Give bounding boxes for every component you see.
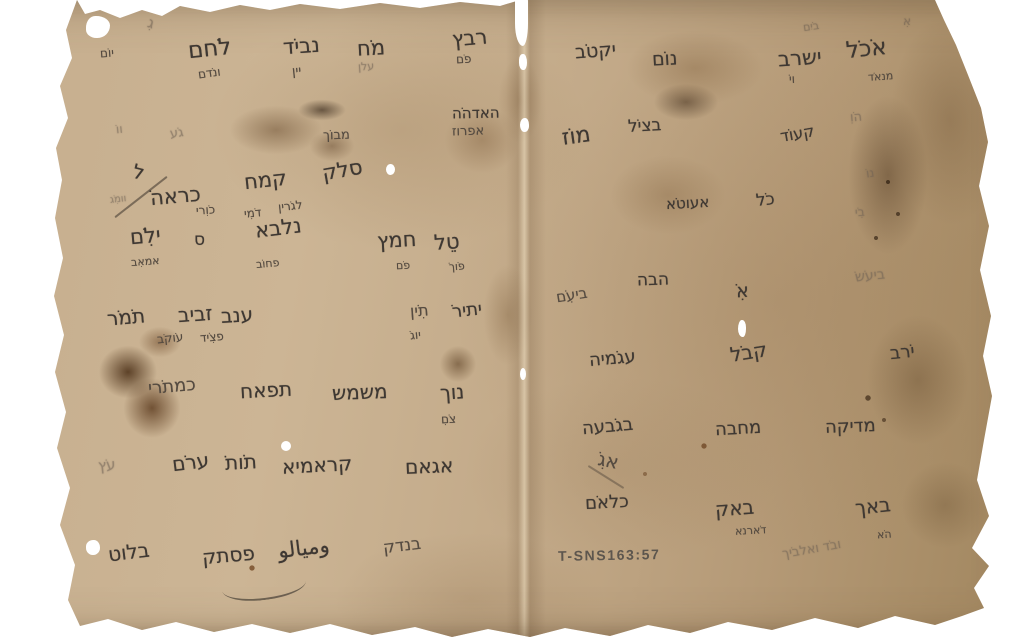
parchment-hole: [738, 320, 746, 337]
manuscript-word: ובֹד ואלבֹיך: [781, 537, 842, 562]
parchment-hole: [520, 118, 529, 132]
manuscript-word: נוֹ: [865, 166, 875, 181]
manuscript-word: לגֹרין: [277, 198, 303, 214]
manuscript-word: תֹותֹ: [224, 449, 257, 475]
parchment-hole: [86, 540, 100, 555]
manuscript-word: עֹוקֹב: [156, 330, 184, 347]
pen-flourish: [221, 567, 308, 605]
manuscript-word: הבה: [637, 269, 670, 290]
manuscript-word: כֹל: [755, 189, 776, 211]
shelfmark-stamp: T-SNS163:57: [558, 546, 661, 564]
manuscript-word: הֹא: [877, 528, 892, 542]
manuscript-word: פֹם: [396, 259, 411, 272]
manuscript-word: דֹארנא: [735, 523, 767, 538]
manuscript-text-layer: וֹציוֹםגִלֹחםונֹדםנביֹדייןמֹחעלןרבץפֹםיק…: [0, 0, 1024, 640]
manuscript-word: מֹח: [356, 35, 385, 60]
manuscript-word: נוֹם: [651, 47, 678, 70]
manuscript-word: לֹחם: [187, 34, 233, 64]
manuscript-word: תפאח: [239, 377, 292, 404]
manuscript-word: כמתֹרי: [147, 374, 196, 399]
manuscript-word: ביעֹשֹ: [854, 266, 885, 285]
manuscript-word: דֹמִי: [243, 205, 262, 220]
manuscript-word: מחבה: [714, 417, 761, 440]
manuscript-word: האדהֹה: [452, 104, 500, 123]
manuscript-word: בציֹל: [627, 115, 661, 137]
manuscript-word: אגִֹ: [596, 448, 621, 474]
manuscript-word: באק: [714, 495, 755, 522]
manuscript-word: כֹוִרי: [196, 202, 216, 217]
manuscript-word: יֹרב: [889, 341, 916, 364]
manuscript-word: קבֹל: [728, 337, 768, 367]
manuscript-word: גִ: [145, 13, 156, 32]
parchment-hole: [520, 368, 526, 380]
manuscript-word: יין: [291, 64, 302, 80]
manuscript-word: עֹץ: [97, 455, 116, 474]
parchment-hole: [515, 0, 528, 46]
manuscript-word: מנאֹד: [868, 69, 894, 84]
manuscript-word: תֹמֹר: [106, 303, 146, 330]
manuscript-word: פֹוךֹ: [449, 259, 466, 273]
parchment-fragment: וֹציוֹםגִלֹחםונֹדםנביֹדייןמֹחעלןרבץפֹםיק…: [0, 0, 1024, 640]
manuscript-word: אמאִב: [131, 254, 160, 269]
pen-stroke: [114, 176, 167, 218]
manuscript-word: כלאֹם: [584, 491, 629, 514]
manuscript-word: קראמיא: [281, 451, 352, 479]
manuscript-word: אֹכֹל: [845, 34, 888, 64]
manuscript-word: עלן: [358, 59, 375, 73]
manuscript-word: פסתק: [201, 541, 256, 570]
pen-stroke: [588, 465, 625, 489]
manuscript-word: ישרב: [777, 45, 822, 72]
manuscript-photo: וֹציוֹםגִלֹחםונֹדםנביֹדייןמֹחעלןרבץפֹםיק…: [0, 0, 1024, 640]
manuscript-word: טֵל: [433, 229, 460, 255]
manuscript-word: אפרוז: [452, 123, 485, 139]
manuscript-word: וֹצ: [56, 50, 67, 64]
manuscript-word: מוֹז: [560, 122, 592, 151]
manuscript-word: משמש: [332, 379, 388, 405]
manuscript-word: גֹע: [169, 125, 184, 142]
manuscript-word: אִֹ: [735, 280, 749, 303]
manuscript-word: ל: [130, 159, 147, 185]
parchment-hole: [519, 54, 527, 70]
manuscript-word: נלבא: [254, 213, 303, 242]
manuscript-word: אִ: [903, 14, 911, 28]
manuscript-word: סלק: [320, 155, 364, 186]
manuscript-word: בגֹבעה: [581, 414, 634, 439]
center-fold-crease: [506, 0, 546, 640]
manuscript-word: יקטֹב: [574, 39, 616, 64]
manuscript-word: ונֹדם: [197, 64, 221, 81]
manuscript-word: כראהֹ: [149, 182, 202, 210]
manuscript-word: קמח: [243, 166, 288, 194]
manuscript-word: בנדק: [382, 534, 422, 558]
manuscript-word: ווֹ: [115, 122, 123, 137]
manuscript-word: יוגֹ: [409, 328, 421, 343]
manuscript-word: אעוטֹא: [666, 193, 710, 213]
manuscript-word: בֹיִם: [802, 19, 820, 34]
manuscript-word: ויֹ: [789, 72, 796, 86]
manuscript-word: זביב: [177, 301, 213, 327]
manuscript-word: נביֹד: [282, 33, 320, 60]
manuscript-word: בלוט: [107, 538, 151, 567]
manuscript-word: وميالو: [277, 533, 331, 563]
manuscript-word: רבץ: [451, 25, 488, 52]
manuscript-word: קעוֹד: [779, 121, 816, 146]
manuscript-word: אגאם: [405, 453, 454, 479]
manuscript-word: בִֹי: [855, 205, 866, 220]
manuscript-word: יוֹם: [100, 46, 115, 61]
parchment-hole: [386, 164, 395, 175]
manuscript-word: יתירֹ: [451, 298, 483, 322]
manuscript-word: נוך: [439, 379, 465, 405]
manuscript-word: פֹם: [456, 52, 472, 67]
manuscript-word: ילִֹם: [129, 223, 162, 250]
manuscript-word: צֹםִ: [441, 412, 457, 427]
manuscript-word: באך: [854, 492, 892, 520]
manuscript-word: וומִֹג: [109, 193, 126, 206]
manuscript-word: ערֹם: [171, 448, 211, 476]
manuscript-word: הֹוִ: [849, 110, 862, 126]
manuscript-word: חמץ: [376, 227, 417, 253]
manuscript-word: פצִֹיד: [199, 329, 224, 345]
manuscript-word: ענב: [220, 302, 253, 328]
manuscript-word: ביעִֹם: [555, 284, 589, 307]
manuscript-word: תִֹין: [409, 300, 429, 320]
parchment-hole: [281, 441, 291, 451]
manuscript-word: עגֹמיה: [588, 346, 636, 371]
manuscript-word: פחוֹב: [255, 256, 279, 271]
manuscript-word: מדיקה: [825, 415, 876, 438]
manuscript-word: ס: [194, 230, 205, 250]
manuscript-word: מבוֹך: [323, 128, 350, 144]
